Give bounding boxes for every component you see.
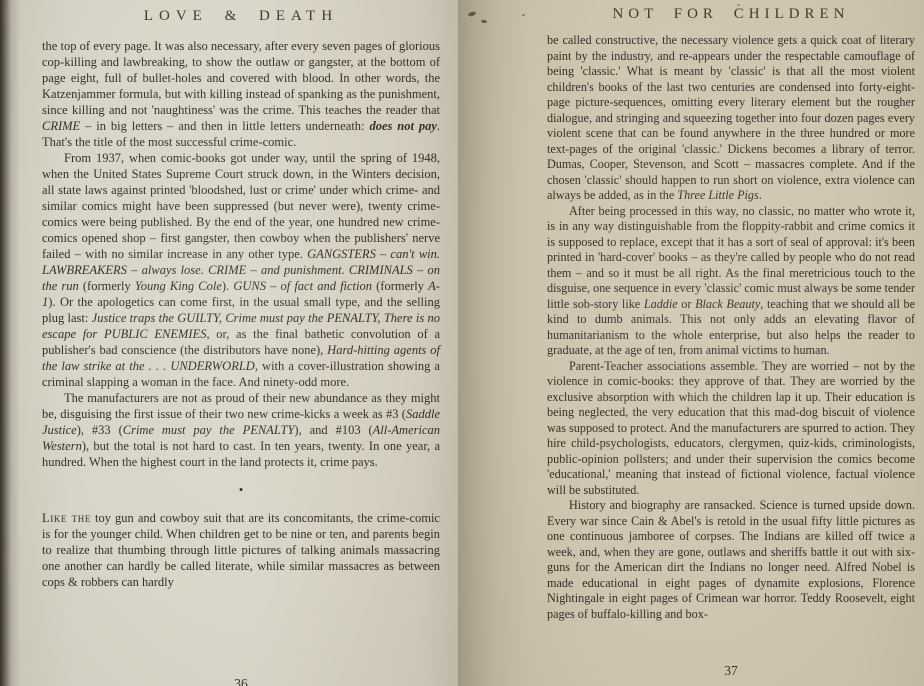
text-run: Laddie bbox=[644, 297, 678, 311]
text-run: (formerly bbox=[83, 279, 135, 293]
left-running-head: LOVE & DEATH bbox=[42, 8, 440, 25]
text-run: From 1937, when comic-books got under wa… bbox=[42, 151, 440, 261]
text-run: History and biography are ransacked. Sci… bbox=[547, 498, 915, 621]
body-paragraph: Parent-Teacher associations assemble. Th… bbox=[547, 359, 915, 499]
text-run: ). bbox=[222, 279, 233, 293]
text-run: GUNS – of fact and fiction bbox=[233, 279, 376, 293]
right-page: NOT FOR CHILDREN be called constructive,… bbox=[458, 0, 924, 686]
text-run: toy gun and cowboy suit that are its con… bbox=[42, 511, 440, 589]
text-run: the top of every page. It was also neces… bbox=[42, 39, 440, 117]
text-run: Three Little Pigs bbox=[677, 188, 758, 202]
text-run: . bbox=[759, 188, 762, 202]
ink-speck bbox=[737, 4, 740, 6]
body-paragraph: From 1937, when comic-books got under wa… bbox=[42, 150, 440, 390]
text-run: ), #33 ( bbox=[77, 423, 123, 437]
left-page: LOVE & DEATH the top of every page. It w… bbox=[0, 0, 458, 686]
book-spread: LOVE & DEATH the top of every page. It w… bbox=[0, 0, 924, 686]
body-paragraph: After being processed in this way, no cl… bbox=[547, 204, 915, 359]
body-paragraph: Like the toy gun and cowboy suit that ar… bbox=[42, 510, 440, 590]
left-page-number: 36 bbox=[42, 676, 440, 686]
text-run: or bbox=[678, 297, 695, 311]
text-run: ), but the total is not hard to cast. In… bbox=[42, 439, 440, 469]
text-run: Young King Cole bbox=[135, 279, 222, 293]
body-paragraph: be called constructive, the necessary vi… bbox=[547, 33, 915, 204]
body-paragraph: History and biography are ransacked. Sci… bbox=[547, 498, 915, 622]
body-paragraph: the top of every page. It was also neces… bbox=[42, 38, 440, 150]
text-run: does not pay bbox=[369, 119, 436, 133]
ink-speck bbox=[522, 14, 525, 16]
text-run: Black Beauty bbox=[695, 297, 760, 311]
right-text-column: NOT FOR CHILDREN be called constructive,… bbox=[547, 0, 915, 622]
text-run: – in big letters – and then in little le… bbox=[80, 119, 369, 133]
left-body-text: the top of every page. It was also neces… bbox=[42, 38, 440, 590]
section-separator-dot: • bbox=[42, 483, 440, 496]
text-run: CRIME bbox=[42, 119, 80, 133]
right-body-text: be called constructive, the necessary vi… bbox=[547, 33, 915, 622]
text-run: Like the bbox=[42, 511, 91, 525]
text-run: ), and #103 ( bbox=[294, 423, 372, 437]
left-text-column: LOVE & DEATH the top of every page. It w… bbox=[42, 0, 440, 590]
text-run: (formerly bbox=[376, 279, 428, 293]
text-run: Parent-Teacher associations assemble. Th… bbox=[547, 359, 915, 497]
text-run: Crime must pay the PENALTY bbox=[123, 423, 295, 437]
right-running-head: NOT FOR CHILDREN bbox=[547, 6, 915, 23]
body-paragraph: The manufacturers are not as proud of th… bbox=[42, 390, 440, 470]
text-run: The manufacturers are not as proud of th… bbox=[42, 391, 440, 421]
text-run: be called constructive, the necessary vi… bbox=[547, 33, 915, 202]
text-run: After being processed in this way, no cl… bbox=[547, 204, 915, 311]
right-page-number: 37 bbox=[547, 663, 915, 679]
